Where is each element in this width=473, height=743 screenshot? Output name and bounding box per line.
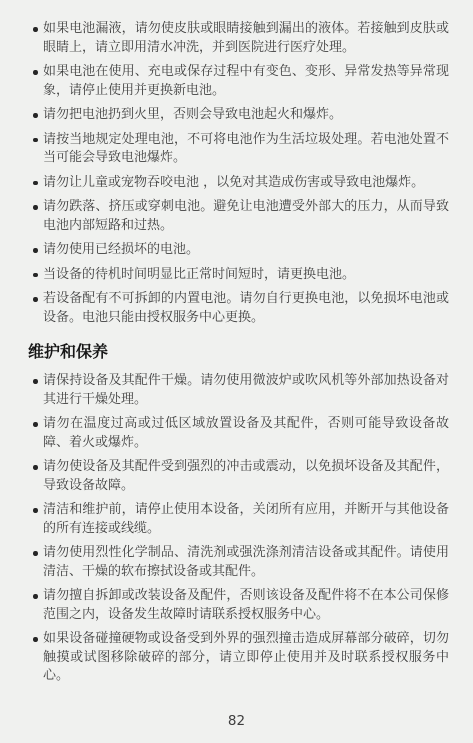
bullet-item: 请勿使设备及其配件受到强烈的冲击或震动，以免损坏设备及其配件，导致设备故障。 — [28, 458, 449, 495]
bullet-item: 请保持设备及其配件干燥。请勿使用微波炉或吹风机等外部加热设备对其进行干燥处理。 — [28, 372, 449, 409]
manual-page: 如果电池漏液，请勿使皮肤或眼睛接触到漏出的液体。若接触到皮肤或眼睛上，请立即用清… — [0, 0, 473, 743]
bullet-item: 请勿擅自拆卸或改装设备及配件，否则该设备及配件将不在本公司保修范围之内，设备发生… — [28, 587, 449, 624]
bullet-item: 当设备的待机时间明显比正常时间短时，请更换电池。 — [28, 266, 449, 285]
page-footer: 82 — [0, 714, 473, 728]
page-number: 82 — [228, 713, 245, 729]
bullet-item: 若设备配有不可拆卸的内置电池。请勿自行更换电池，以免损坏电池或设备。电池只能由授… — [28, 290, 449, 327]
bullet-item: 如果电池在使用、充电或保存过程中有变色、变形、异常发热等异常现象，请停止使用并更… — [28, 63, 449, 100]
bullet-item: 请勿在温度过高或过低区域放置设备及其配件，否则可能导致设备故障、着火或爆炸。 — [28, 415, 449, 452]
bullet-item: 如果设备碰撞硬物或设备受到外界的强烈撞击造成屏幕部分破碎，切勿触摸或试图移除破碎… — [28, 630, 449, 686]
bullet-item: 请按当地规定处理电池，不可将电池作为生活垃圾处理。若电池处置不当可能会导致电池爆… — [28, 131, 449, 168]
bullet-item: 请勿使用烈性化学制品、清洗剂或强洗涤剂清洁设备或其配件。请使用清洁、干燥的软布擦… — [28, 544, 449, 581]
bullet-item: 请勿跌落、挤压或穿刺电池。避免让电池遭受外部大的压力，从而导致电池内部短路和过热… — [28, 198, 449, 235]
bullet-item: 清洁和维护前，请停止使用本设备，关闭所有应用，并断开与其他设备的所有连接或线缆。 — [28, 501, 449, 538]
battery-warnings-list: 如果电池漏液，请勿使皮肤或眼睛接触到漏出的液体。若接触到皮肤或眼睛上，请立即用清… — [28, 20, 449, 327]
bullet-item: 请勿使用已经损坏的电池。 — [28, 241, 449, 260]
maintenance-list: 请保持设备及其配件干燥。请勿使用微波炉或吹风机等外部加热设备对其进行干燥处理。 … — [28, 372, 449, 686]
page-content: 如果电池漏液，请勿使皮肤或眼睛接触到漏出的液体。若接触到皮肤或眼睛上，请立即用清… — [0, 0, 473, 692]
section-heading-maintenance: 维护和保养 — [28, 341, 449, 363]
bullet-item: 请勿让儿童或宠物吞咬电池 ，以免对其造成伤害或导致电池爆炸。 — [28, 174, 449, 193]
bullet-item: 如果电池漏液，请勿使皮肤或眼睛接触到漏出的液体。若接触到皮肤或眼睛上，请立即用清… — [28, 20, 449, 57]
bullet-item: 请勿把电池扔到火里，否则会导致电池起火和爆炸。 — [28, 106, 449, 125]
